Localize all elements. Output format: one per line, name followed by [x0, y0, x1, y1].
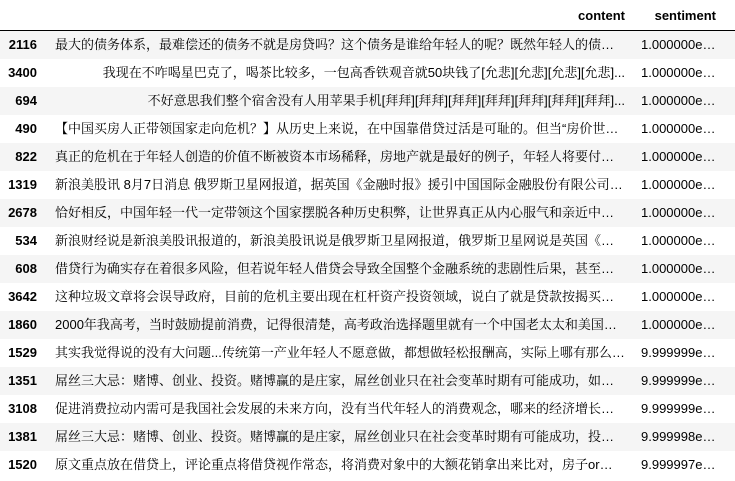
table-row: 694 不好意思我们整个宿舍没有人用苹果手机[拜拜][拜拜][拜拜][拜拜][拜… — [0, 87, 735, 115]
table-row: 1351 屌丝三大忌：赌博、创业、投资。赌博赢的是庄家，屌丝创业只在社会变革时期… — [0, 367, 735, 395]
table-row: 490 【中国买房人正带领国家走向危机？】从历史上来说，在中国靠借贷过活是可耻的… — [0, 115, 735, 143]
sentiment-cell: 1.000000e+00 — [633, 227, 735, 255]
content-cell: 原文重点放在借贷上，评论重点将借贷视作常态，将消费对象中的大额花销拿出来比对，房… — [45, 451, 633, 479]
row-index: 1351 — [0, 367, 45, 395]
content-cell: 屌丝三大忌：赌博、创业、投资。赌博赢的是庄家，屌丝创业只在社会变革时期有可能成功… — [45, 367, 633, 395]
table-row: 822 真正的危机在于年轻人创造的价值不断被资本市场稀释，房地产就是最好的例子，… — [0, 143, 735, 171]
row-index: 3400 — [0, 59, 45, 87]
table-row: 1520 原文重点放在借贷上，评论重点将借贷视作常态，将消费对象中的大额花销拿出… — [0, 451, 735, 479]
content-cell: 最大的债务体系，最难偿还的债务不就是房贷吗？这个债务是谁给年轻人的呢？既然年轻人… — [45, 31, 633, 59]
sentiment-cell: 1.000000e+00 — [633, 87, 735, 115]
content-cell: 借贷行为确实存在着很多风险，但若说年轻人借贷会导致全国整个金融系统的悲剧性后果，… — [45, 255, 633, 283]
table-row: 608 借贷行为确实存在着很多风险，但若说年轻人借贷会导致全国整个金融系统的悲剧… — [0, 255, 735, 283]
column-header-content: content — [45, 0, 633, 31]
dataframe-output: content sentiment 2116 最大的债务体系，最难偿还的债务不就… — [0, 0, 735, 481]
sentiment-cell: 9.999999e-01 — [633, 339, 735, 367]
row-index: 3108 — [0, 395, 45, 423]
sentiment-cell: 1.000000e+00 — [633, 115, 735, 143]
sentiment-cell: 1.000000e+00 — [633, 255, 735, 283]
table-body: 2116 最大的债务体系，最难偿还的债务不就是房贷吗？这个债务是谁给年轻人的呢？… — [0, 31, 735, 479]
content-cell: 恰好相反，中国年轻一代一定带领这个国家摆脱各种历史积弊，让世界真正从内心服气和亲… — [45, 199, 633, 227]
sentiment-cell: 9.999999e-01 — [633, 395, 735, 423]
sentiment-cell: 1.000000e+00 — [633, 199, 735, 227]
row-index: 1319 — [0, 171, 45, 199]
row-index: 3642 — [0, 283, 45, 311]
row-index: 534 — [0, 227, 45, 255]
row-index: 2116 — [0, 31, 45, 59]
sentiment-cell: 9.999997e-01 — [633, 451, 735, 479]
content-cell: 新浪美股讯 8月7日消息 俄罗斯卫星网报道，据英国《金融时报》援引中国国际金融股… — [45, 171, 633, 199]
table-row: 1319 新浪美股讯 8月7日消息 俄罗斯卫星网报道，据英国《金融时报》援引中国… — [0, 171, 735, 199]
row-index: 1529 — [0, 339, 45, 367]
content-cell: 屌丝三大忌：赌博、创业、投资。赌博赢的是庄家，屌丝创业只在社会变革时期有可能成功… — [45, 423, 633, 451]
row-index: 1860 — [0, 311, 45, 339]
sentiment-cell: 1.000000e+00 — [633, 59, 735, 87]
sentiment-cell: 9.999998e-01 — [633, 423, 735, 451]
sentiment-cell: 9.999999e-01 — [633, 367, 735, 395]
row-index: 694 — [0, 87, 45, 115]
table-row: 1860 2000年我高考，当时鼓励提前消费，记得很清楚，高考政治选择题里就有一… — [0, 311, 735, 339]
row-index: 1381 — [0, 423, 45, 451]
table-row: 3400 我现在不咋喝星巴克了，喝茶比较多，一包高香铁观音就50块钱了[允悲][… — [0, 59, 735, 87]
sentiment-cell: 1.000000e+00 — [633, 171, 735, 199]
column-header-sentiment: sentiment — [633, 0, 735, 31]
dataframe-table: content sentiment 2116 最大的债务体系，最难偿还的债务不就… — [0, 0, 735, 479]
table-row: 534 新浪财经说是新浪美股讯报道的，新浪美股讯说是俄罗斯卫星网报道，俄罗斯卫星… — [0, 227, 735, 255]
content-cell: 其实我觉得说的没有大问题...传统第一产业年轻人不愿意做，都想做轻松报酬高，实际… — [45, 339, 633, 367]
header-row: content sentiment — [0, 0, 735, 31]
row-index: 490 — [0, 115, 45, 143]
table-row: 3108 促进消费拉动内需可是我国社会发展的未来方向，没有当代年轻人的消费观念，… — [0, 395, 735, 423]
row-index: 608 — [0, 255, 45, 283]
content-cell: 【中国买房人正带领国家走向危机？】从历史上来说，在中国靠借贷过活是可耻的。但当“… — [45, 115, 633, 143]
content-cell: 不好意思我们整个宿舍没有人用苹果手机[拜拜][拜拜][拜拜][拜拜][拜拜][拜… — [45, 87, 633, 115]
table-row: 2116 最大的债务体系，最难偿还的债务不就是房贷吗？这个债务是谁给年轻人的呢？… — [0, 31, 735, 59]
content-cell: 我现在不咋喝星巴克了，喝茶比较多，一包高香铁观音就50块钱了[允悲][允悲][允… — [45, 59, 633, 87]
content-cell: 新浪财经说是新浪美股讯报道的，新浪美股讯说是俄罗斯卫星网报道，俄罗斯卫星网说是英… — [45, 227, 633, 255]
table-row: 2678 恰好相反，中国年轻一代一定带领这个国家摆脱各种历史积弊，让世界真正从内… — [0, 199, 735, 227]
content-cell: 真正的危机在于年轻人创造的价值不断被资本市场稀释，房地产就是最好的例子，年轻人将… — [45, 143, 633, 171]
content-cell: 促进消费拉动内需可是我国社会发展的未来方向，没有当代年轻人的消费观念，哪来的经济… — [45, 395, 633, 423]
table-row: 1381 屌丝三大忌：赌博、创业、投资。赌博赢的是庄家，屌丝创业只在社会变革时期… — [0, 423, 735, 451]
table-header: content sentiment — [0, 0, 735, 31]
table-row: 3642 这种垃圾文章将会误导政府，目前的危机主要出现在杠杆资产投资领域，说白了… — [0, 283, 735, 311]
index-header-spacer — [0, 0, 45, 31]
sentiment-cell: 1.000000e+00 — [633, 143, 735, 171]
content-cell: 这种垃圾文章将会误导政府，目前的危机主要出现在杠杆资产投资领域，说白了就是贷款按… — [45, 283, 633, 311]
sentiment-cell: 1.000000e+00 — [633, 31, 735, 59]
row-index: 1520 — [0, 451, 45, 479]
row-index: 822 — [0, 143, 45, 171]
content-cell: 2000年我高考，当时鼓励提前消费，记得很清楚，高考政治选择题里就有一个中国老太… — [45, 311, 633, 339]
row-index: 2678 — [0, 199, 45, 227]
table-row: 1529 其实我觉得说的没有大问题...传统第一产业年轻人不愿意做，都想做轻松报… — [0, 339, 735, 367]
sentiment-cell: 1.000000e+00 — [633, 311, 735, 339]
sentiment-cell: 1.000000e+00 — [633, 283, 735, 311]
